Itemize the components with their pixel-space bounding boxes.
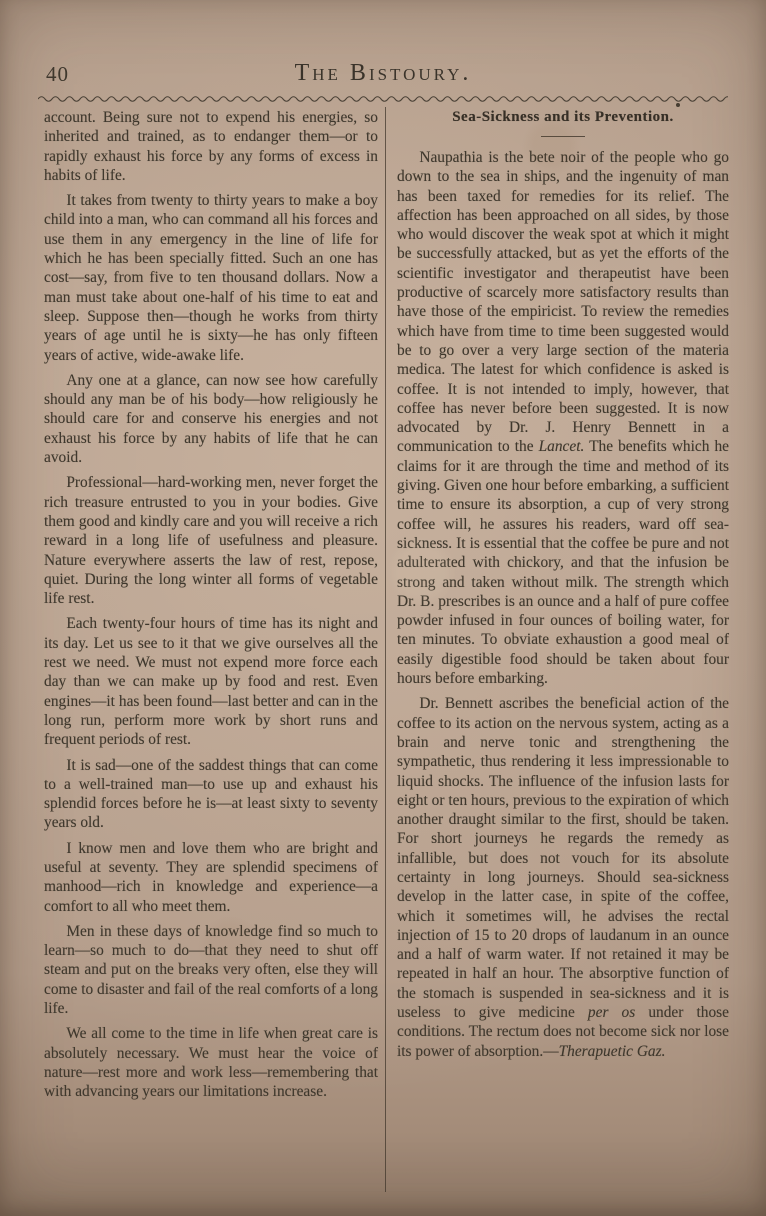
left-column: account. Being sure not to expend his en… — [44, 108, 378, 1108]
scanned-page: 40 The Bistoury. account. Being sure not… — [0, 0, 766, 1216]
article-heading: Sea-Sickness and its Prevention. — [397, 109, 729, 126]
paragraph: Dr. Bennett ascribes the beneficial acti… — [397, 694, 729, 1061]
heading-rule — [541, 136, 585, 137]
wavy-rule — [38, 94, 728, 104]
right-column: Sea-Sickness and its Prevention. Naupath… — [397, 106, 729, 1067]
paragraph: Each twenty-four hours of time has its n… — [44, 614, 378, 749]
paragraph: Professional—hard-working men, never for… — [44, 473, 378, 608]
paragraph: It takes from twenty to thirty years to … — [44, 191, 378, 365]
paragraph: We all come to the time in life when gre… — [44, 1024, 378, 1101]
paragraph: Any one at a glance, can now see how car… — [44, 371, 378, 467]
column-divider — [385, 107, 386, 1192]
masthead-title: The Bistoury. — [0, 60, 766, 87]
paragraph: I know men and love them who are bright … — [44, 839, 378, 916]
article-body: Naupathia is the bete noir of the people… — [397, 148, 729, 1061]
paragraph: It is sad—one of the saddest things that… — [44, 756, 378, 833]
paragraph: account. Being sure not to expend his en… — [44, 108, 378, 185]
paragraph: Men in these days of knowledge find so m… — [44, 922, 378, 1018]
paragraph: Naupathia is the bete noir of the people… — [397, 148, 729, 688]
